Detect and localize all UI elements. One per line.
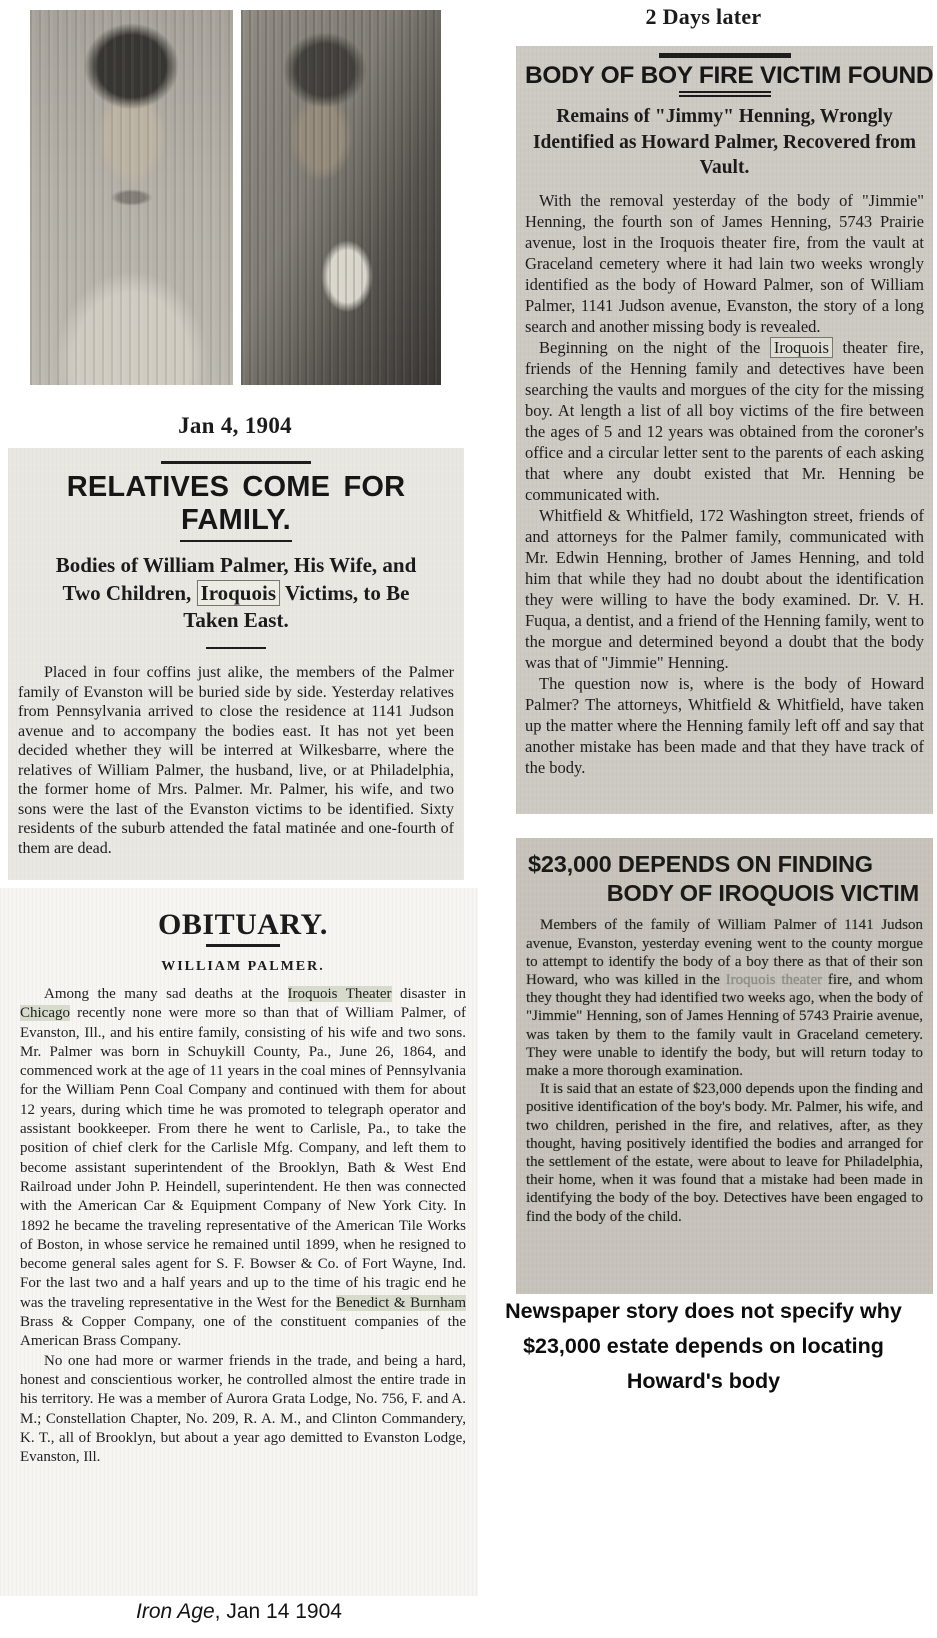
- found-headline: BODY OF BOY FIRE VICTIM FOUND: [525, 62, 924, 90]
- divider-double-rule: [679, 91, 771, 97]
- found-paragraph-4: The question now is, where is the body o…: [525, 673, 924, 778]
- obituary-paragraph-1: Among the many sad deaths at the Iroquoi…: [20, 985, 466, 1352]
- annotation-caption-line: $23,000 estate depends on locating: [470, 1329, 937, 1364]
- body-text: disaster in: [392, 986, 466, 1002]
- annotation-caption: Newspaper story does not specify why $23…: [470, 1294, 937, 1399]
- obituary-heading: OBITUARY.: [20, 908, 466, 942]
- divider-rule: [659, 53, 791, 58]
- highlight-iroquois-theater: Iroquois Theater: [288, 986, 392, 1002]
- estate-headline: $23,000 DEPENDS ON FINDING BODY OF IROQU…: [526, 850, 923, 907]
- relatives-headline: RELATIVES COME FOR FAMILY.: [18, 471, 454, 537]
- highlight-chicago: Chicago: [20, 1005, 70, 1021]
- found-paragraph-2: Beginning on the night of the Iroquois t…: [525, 337, 924, 505]
- body-text: Brass & Copper Company, one of the const…: [20, 1314, 466, 1349]
- photo-date-caption: Jan 4, 1904: [0, 413, 470, 439]
- obituary-article: OBITUARY. WILLIAM PALMER. Among the many…: [0, 888, 478, 1596]
- divider-rule: [161, 461, 311, 464]
- publication-date: , Jan 14 1904: [215, 1600, 342, 1623]
- found-subhead: Remains of "Jimmy" Henning, Wrongly Iden…: [531, 104, 918, 181]
- found-paragraph-1: With the removal yesterday of the body o…: [525, 190, 924, 337]
- highlight-iroquois: Iroquois: [197, 580, 280, 606]
- annotation-caption-line: Newspaper story does not specify why: [470, 1294, 937, 1329]
- estate-headline-line2: BODY OF IROQUOIS VICTIM: [526, 879, 923, 908]
- estate-paragraph-2: It is said that an estate of $23,000 dep…: [526, 1080, 923, 1226]
- body-found-article: BODY OF BOY FIRE VICTIM FOUND Remains of…: [516, 46, 933, 814]
- body-text: theater fire, friends of the Henning fam…: [525, 338, 924, 504]
- estate-headline-line1: $23,000 DEPENDS ON FINDING: [526, 850, 923, 879]
- divider-rule: [206, 647, 266, 649]
- divider-rule: [180, 540, 292, 542]
- portrait-photo-woman: [30, 10, 233, 385]
- body-text: Beginning on the night of the: [539, 338, 770, 357]
- publication-name: Iron Age: [136, 1600, 215, 1623]
- highlight-benedict-burnham: Benedict & Burnham: [336, 1295, 466, 1311]
- relatives-body-paragraph: Placed in four coffins just alike, the m…: [18, 663, 454, 858]
- divider-rule: [206, 944, 280, 947]
- two-days-later-caption: 2 Days later: [470, 4, 937, 30]
- relatives-article: RELATIVES COME FOR FAMILY. Bodies of Wil…: [8, 448, 464, 880]
- source-caption: Iron Age, Jan 14 1904: [0, 1600, 478, 1624]
- found-paragraph-3: Whitfield & Whitfield, 172 Washington st…: [525, 505, 924, 673]
- highlight-iroquois: Iroquois: [770, 337, 833, 358]
- annotation-caption-line: Howard's body: [470, 1364, 937, 1399]
- estate-paragraph-1: Members of the family of William Palmer …: [526, 916, 923, 1080]
- portrait-photo-man: [241, 10, 441, 385]
- estate-article: $23,000 DEPENDS ON FINDING BODY OF IROQU…: [516, 838, 933, 1294]
- obituary-paragraph-2: No one had more or warmer friends in the…: [20, 1352, 466, 1468]
- relatives-subhead: Bodies of William Palmer, His Wife, and …: [36, 552, 436, 635]
- body-text: Among the many sad deaths at the: [44, 986, 288, 1002]
- body-text: recently none were more so than that of …: [20, 1005, 466, 1310]
- highlight-iroquois-theater-faded: Iroquois theater: [726, 972, 823, 988]
- obituary-subheading: WILLIAM PALMER.: [20, 959, 466, 975]
